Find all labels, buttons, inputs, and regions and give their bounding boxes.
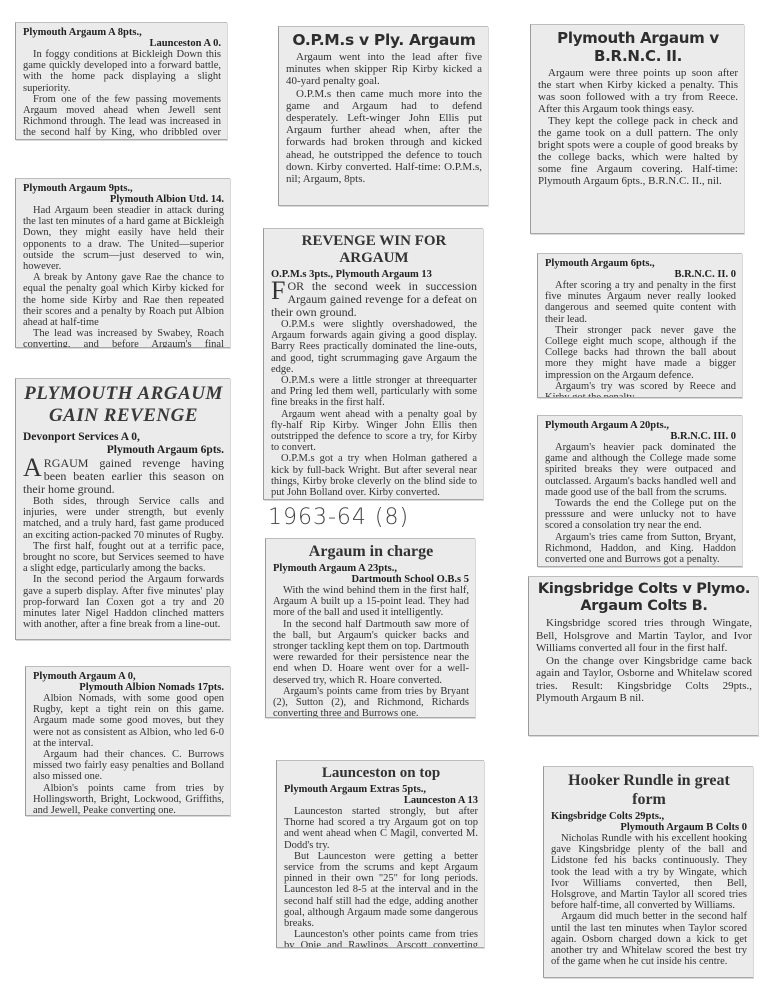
article-body: Nicholas Rundle with his excellent hooki… (551, 833, 747, 967)
score-line: Plymouth Argaum 6pts., B.R.N.C. II. 0 (545, 258, 736, 280)
score-line: Kingsbridge Colts 29pts., Plymouth Argau… (551, 811, 747, 833)
score-line: Plymouth Argaum A 23pts., Dartmouth Scho… (273, 563, 469, 585)
article-body: FOR the second week in succession Argaum… (271, 280, 477, 498)
article-body: ARGAUM gained revenge having been beaten… (23, 457, 224, 630)
clipping-argaum-6pts-brnc-ii: Plymouth Argaum 6pts., B.R.N.C. II. 0 Af… (537, 253, 742, 398)
headline: PLYMOUTH ARGAUM GAIN REVENGE (23, 383, 224, 427)
clipping-revenge-win-for-argaum: REVENGE WIN FOR ARGAUM O.P.M.s 3pts., Pl… (263, 228, 483, 500)
headline: Kingsbridge Colts v Plymo. Argaum Colts … (536, 581, 752, 615)
score-line: Devonport Services A 0, Plymouth Argaum … (23, 431, 224, 457)
score-line: Plymouth Argaum A 20pts., B.R.N.C. III. … (545, 420, 736, 442)
drop-cap: F (271, 280, 285, 302)
headline: Argaum in charge (273, 543, 469, 561)
clipping-launceston-on-top: Launceston on top Plymouth Argaum Extras… (276, 760, 484, 948)
article-body: Argaum went into the lead after five min… (286, 51, 482, 185)
article-body: Kingsbridge scored tries through Wingate… (536, 617, 752, 705)
headline: Hooker Rundle in great form (551, 771, 747, 809)
clipping-argaum-in-charge: Argaum in charge Plymouth Argaum A 23pts… (265, 538, 475, 718)
score-line: Plymouth Argaum A 0, Plymouth Albion Nom… (33, 671, 224, 693)
drop-cap: A (23, 457, 42, 479)
clipping-hooker-rundle-in-great-form: Hooker Rundle in great form Kingsbridge … (543, 766, 753, 978)
score-line: Plymouth Argaum Extras 5pts., Launceston… (284, 784, 478, 806)
clipping-argaum-a-v-launceston-a: Plymouth Argaum A 8pts., Launceston A 0.… (15, 22, 227, 140)
clipping-kingsbridge-colts-v-argaum-colts-b: Kingsbridge Colts v Plymo. Argaum Colts … (528, 576, 758, 736)
article-body: With the wind behind them in the first h… (273, 585, 469, 718)
article-body: Had Argaum been steadier in attack durin… (23, 205, 224, 348)
article-body: After scoring a try and penalty in the f… (545, 280, 736, 398)
clipping-opms-v-ply-argaum: O.P.M.s v Ply. Argaum Argaum went into t… (278, 26, 488, 206)
clipping-argaum-a-v-albion-nomads: Plymouth Argaum A 0, Plymouth Albion Nom… (25, 666, 230, 816)
headline: O.P.M.s v Ply. Argaum (286, 31, 482, 49)
article-body: In foggy conditions at Bickleigh Down th… (23, 49, 221, 140)
article-body: Argaum were three points up soon after t… (538, 67, 738, 187)
article-body: Launceston started strongly, but after T… (284, 806, 478, 948)
score-line: Plymouth Argaum 9pts., Plymouth Albion U… (23, 183, 224, 205)
headline: Plymouth Argaum v B.R.N.C. II. (538, 29, 738, 65)
clipping-argaum-gain-revenge: PLYMOUTH ARGAUM GAIN REVENGE Devonport S… (15, 378, 230, 640)
article-body: Albion Nomads, with some good open Rugby… (33, 693, 224, 816)
handwritten-annotation: 1963-64 (8) (268, 505, 409, 530)
headline: Launceston on top (284, 765, 478, 782)
headline: REVENGE WIN FOR ARGAUM (271, 233, 477, 267)
clipping-argaum-a-v-brnc-iii: Plymouth Argaum A 20pts., B.R.N.C. III. … (537, 415, 742, 567)
score-line: Plymouth Argaum A 8pts., Launceston A 0. (23, 27, 221, 49)
clipping-argaum-v-albion-utd: Plymouth Argaum 9pts., Plymouth Albion U… (15, 178, 230, 348)
clipping-argaum-v-brnc-ii: Plymouth Argaum v B.R.N.C. II. Argaum we… (530, 24, 744, 234)
article-body: Argaum's heavier pack dominated the game… (545, 442, 736, 565)
